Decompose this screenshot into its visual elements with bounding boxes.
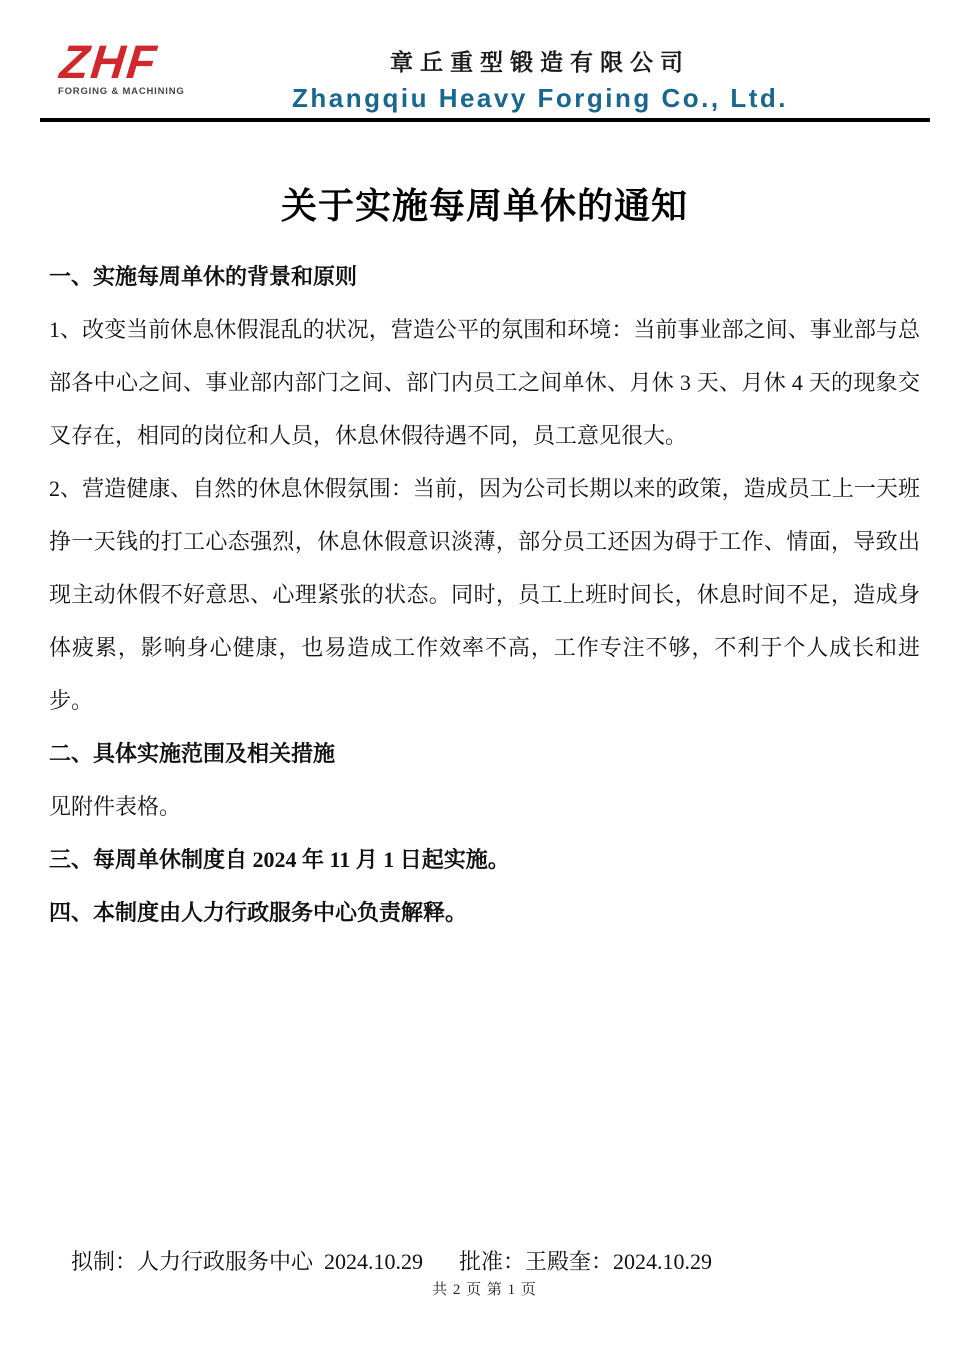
section-heading-1: 一、实施每周单休的背景和原则 bbox=[49, 250, 920, 303]
header-divider bbox=[40, 118, 930, 122]
document-page: ZHF FORGING & MACHINING 章丘重型锻造有限公司 Zhang… bbox=[0, 0, 969, 1351]
document-title: 关于实施每周单休的通知 bbox=[0, 178, 969, 229]
document-body: 一、实施每周单休的背景和原则 1、改变当前休息休假混乱的状况，营造公平的氛围和环… bbox=[49, 250, 920, 939]
company-name-english: Zhangqiu Heavy Forging Co., Ltd. bbox=[292, 83, 788, 114]
section-2-paragraph-1: 见附件表格。 bbox=[49, 780, 920, 833]
section-1-paragraph-1: 1、改变当前休息休假混乱的状况，营造公平的氛围和环境：当前事业部之间、事业部与总… bbox=[49, 303, 920, 462]
section-1-paragraph-2: 2、营造健康、自然的休息休假氛围：当前，因为公司长期以来的政策，造成员工上一天班… bbox=[49, 462, 920, 727]
drafted-by-text: 拟制：人力行政服务中心 2024.10.29 bbox=[71, 1249, 423, 1274]
page-number: 共 2 页 第 1 页 bbox=[0, 1278, 969, 1299]
section-heading-2: 二、具体实施范围及相关措施 bbox=[49, 727, 920, 780]
zhf-logo-text: ZHF bbox=[58, 40, 223, 84]
section-heading-4: 四、本制度由人力行政服务中心负责解释。 bbox=[49, 886, 920, 939]
approved-by-text: 批准：王殿奎：2024.10.29 bbox=[459, 1249, 712, 1274]
company-name-chinese: 章丘重型锻造有限公司 bbox=[292, 44, 788, 77]
company-names: 章丘重型锻造有限公司 Zhangqiu Heavy Forging Co., L… bbox=[292, 44, 788, 114]
section-heading-3: 三、每周单休制度自 2024 年 11 月 1 日起实施。 bbox=[49, 833, 920, 886]
company-logo: ZHF FORGING & MACHINING bbox=[58, 40, 218, 97]
